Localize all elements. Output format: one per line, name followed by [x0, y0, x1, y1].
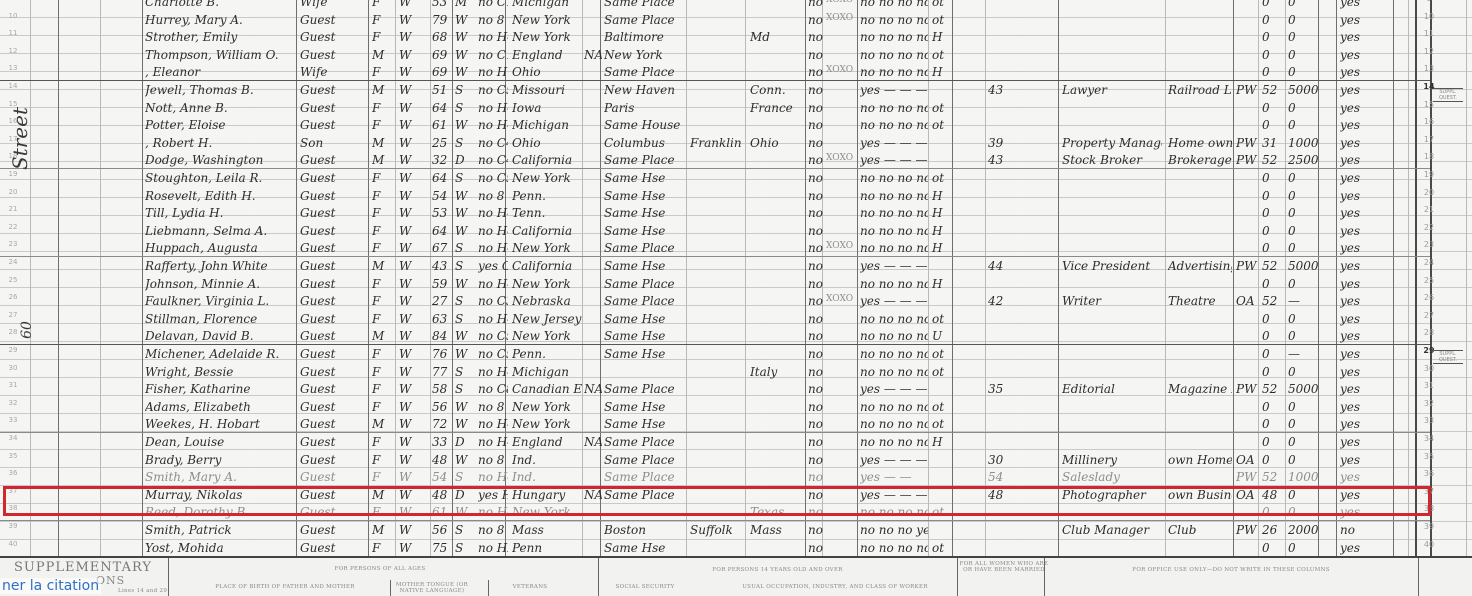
- cell-sex: F: [372, 189, 392, 203]
- census-row: Strother, EmilyGuestFW68Wno H4New YorkBa…: [0, 29, 1440, 47]
- cell-weeks: 0: [1262, 65, 1284, 79]
- census-row: Reed, Dorothy B.GuestFW61Wno H4New YorkT…: [0, 504, 1440, 522]
- cell-other-income: yes: [1340, 347, 1390, 361]
- cell-other-income: yes: [1340, 0, 1390, 9]
- cell-industry: Magazine Publishing: [1168, 382, 1232, 396]
- cell-marital: S: [455, 171, 475, 185]
- cell-class: H: [932, 65, 952, 79]
- census-row: Yost, MohidaGuestFW75Sno H2PennSame Hsen…: [0, 540, 1440, 558]
- cell-school-code: no H4: [478, 118, 508, 132]
- cell-birthplace: California: [512, 153, 582, 167]
- cell-school-code: no H2: [478, 541, 508, 555]
- cell-school-code: no C8: [478, 382, 508, 396]
- cell-other-income: yes: [1340, 417, 1390, 431]
- cell-school-code: no C4: [478, 153, 508, 167]
- cell-sex: F: [372, 347, 392, 361]
- cell-relation: Guest: [300, 523, 366, 537]
- cell-birthplace: Iowa: [512, 101, 582, 115]
- cell-income: 1000: [1288, 136, 1318, 150]
- cell-income: 0: [1288, 0, 1318, 9]
- cell-marital: S: [455, 382, 475, 396]
- cell-relation: Guest: [300, 171, 366, 185]
- column-rule: [1466, 0, 1467, 556]
- cell-other-income: yes: [1340, 505, 1390, 519]
- left-line-number: 29: [2, 346, 24, 354]
- cell-residence-city: Same Place: [604, 153, 684, 167]
- cell-age: 84: [432, 329, 454, 343]
- cell-relation: Guest: [300, 277, 366, 291]
- cell-name: Rosevelt, Edith H.: [145, 189, 295, 203]
- cell-weeks: 0: [1262, 206, 1284, 220]
- cell-age: 69: [432, 48, 454, 62]
- header-social-security: SOCIAL SECURITY: [610, 584, 680, 590]
- cell-weeks: 0: [1262, 453, 1284, 467]
- cell-income: 2000: [1288, 523, 1318, 537]
- cell-citizenship: NA: [584, 48, 602, 62]
- cell-name: Delavan, David B.: [145, 329, 295, 343]
- cell-marital: S: [455, 541, 475, 555]
- cell-name: Murray, Nikolas: [145, 488, 295, 502]
- cell-class: ot: [932, 505, 952, 519]
- cell-marital: W: [455, 505, 475, 519]
- cell-work-cols: no no no no: [860, 277, 928, 291]
- cell-class-worker: PW: [1236, 382, 1258, 396]
- cell-marital: W: [455, 329, 475, 343]
- cell-work-cols: no no no no: [860, 241, 928, 255]
- cell-school-code: no H4: [478, 206, 508, 220]
- cell-weeks: 26: [1262, 523, 1284, 537]
- cell-race: W: [399, 505, 427, 519]
- cell-class: ot: [932, 541, 952, 555]
- header-veterans: VETERANS: [500, 584, 560, 590]
- header-mother-tongue: MOTHER TONGUE (OR NATIVE LANGUAGE): [392, 582, 472, 594]
- cell-age: 53: [432, 206, 454, 220]
- cell-marital: S: [455, 136, 475, 150]
- cell-weeks: 0: [1262, 347, 1284, 361]
- line-number: 40: [1417, 540, 1441, 549]
- cell-relation: Guest: [300, 259, 366, 273]
- cell-income: 0: [1288, 189, 1318, 203]
- cell-birthplace: New York: [512, 171, 582, 185]
- cell-marital: W: [455, 400, 475, 414]
- cell-school-code: no 8: [478, 189, 508, 203]
- cell-worked: no: [808, 259, 824, 273]
- cell-age: 64: [432, 224, 454, 238]
- cell-sex: F: [372, 470, 392, 484]
- cell-marital: S: [455, 470, 475, 484]
- cell-work-cols: yes — — —: [860, 453, 928, 467]
- left-line-number: 20: [2, 188, 24, 196]
- left-line-number: 25: [2, 276, 24, 284]
- cell-school-code: no H4: [478, 435, 508, 449]
- cell-sex: F: [372, 312, 392, 326]
- left-line-number: 35: [2, 452, 24, 460]
- cell-class: ot: [932, 101, 952, 115]
- cell-sex: F: [372, 30, 392, 44]
- cell-weeks: 0: [1262, 417, 1284, 431]
- cell-income: 0: [1288, 65, 1318, 79]
- cell-name: Stoughton, Leila R.: [145, 171, 295, 185]
- cell-relation: Guest: [300, 206, 366, 220]
- cell-birthplace: Canadian Eng: [512, 382, 582, 396]
- cell-birthplace: New York: [512, 329, 582, 343]
- left-line-number: 17: [2, 135, 24, 143]
- cell-other-income: yes: [1340, 65, 1390, 79]
- cell-race: W: [399, 294, 427, 308]
- cell-name: Michener, Adelaide R.: [145, 347, 295, 361]
- cell-industry: Brokerage Ban: [1168, 153, 1232, 167]
- cell-worked: no: [808, 48, 824, 62]
- cell-sex: F: [372, 541, 392, 555]
- cell-race: W: [399, 153, 427, 167]
- cell-income: 0: [1288, 312, 1318, 326]
- cell-income: 0: [1288, 541, 1318, 555]
- cell-income: 0: [1288, 505, 1318, 519]
- cell-income: 1000: [1288, 470, 1318, 484]
- cell-race: W: [399, 382, 427, 396]
- cell-birthplace: New York: [512, 277, 582, 291]
- line-number: 37: [1417, 487, 1441, 496]
- header-place-of-birth: PLACE OF BIRTH OF FATHER AND MOTHER: [190, 584, 380, 590]
- cell-work-cols: yes — — —: [860, 259, 928, 273]
- cell-school-code: no 8: [478, 400, 508, 414]
- cell-birthplace: Ohio: [512, 65, 582, 79]
- cell-class: ot: [932, 365, 952, 379]
- cell-name: Dean, Louise: [145, 435, 295, 449]
- cell-school-code: no H4: [478, 277, 508, 291]
- cell-citizenship: NA: [584, 488, 602, 502]
- cell-race: W: [399, 101, 427, 115]
- cell-relation: Guest: [300, 118, 366, 132]
- cell-race: W: [399, 259, 427, 273]
- cell-residence-state: Italy: [750, 365, 805, 379]
- cell-age: 54: [432, 189, 454, 203]
- cell-industry: Club: [1168, 523, 1232, 537]
- cell-relation: Guest: [300, 30, 366, 44]
- cell-sex: F: [372, 277, 392, 291]
- cell-income: 0: [1288, 118, 1318, 132]
- header-persons-all-ages: FOR PERSONS OF ALL AGES: [180, 566, 580, 572]
- cell-occupation: Property Management: [1062, 136, 1162, 150]
- cell-work-cols: no no no no: [860, 0, 928, 9]
- census-row: Rosevelt, Edith H.GuestFW54Wno 8Penn.Sam…: [0, 188, 1440, 206]
- cell-weeks: 0: [1262, 0, 1284, 9]
- cell-weeks: 0: [1262, 13, 1284, 27]
- census-row: Fisher, KatharineGuestFW58Sno C8Canadian…: [0, 381, 1440, 399]
- cell-weeks: 0: [1262, 101, 1284, 115]
- cell-income: 0: [1288, 101, 1318, 115]
- left-line-number: 30: [2, 364, 24, 372]
- cell-work-cols: no no no no: [860, 541, 928, 555]
- cell-income: 0: [1288, 435, 1318, 449]
- cell-class: H: [932, 224, 952, 238]
- cell-weeks: 0: [1262, 224, 1284, 238]
- cell-sex: F: [372, 241, 392, 255]
- census-row: Jewell, Thomas B.GuestMW51Sno C5Missouri…: [0, 82, 1440, 100]
- cell-occupation: Editorial: [1062, 382, 1162, 396]
- cell-income: 0: [1288, 48, 1318, 62]
- cell-residence-city: Same Place: [604, 435, 684, 449]
- cell-relation: Guest: [300, 294, 366, 308]
- census-row: Potter, EloiseGuestFW61Wno H4MichiganSam…: [0, 117, 1440, 135]
- cell-birthplace: Hungary: [512, 488, 582, 502]
- cell-income: —: [1288, 347, 1318, 361]
- cell-other-income: yes: [1340, 453, 1390, 467]
- cell-birthplace: Ind.: [512, 470, 582, 484]
- cell-marital: W: [455, 453, 475, 467]
- cell-relation: Guest: [300, 400, 366, 414]
- form-footer-headers: SUPPLEMENTARY ONS Lines 14 and 29 FOR PE…: [0, 556, 1472, 596]
- cell-birthplace: New York: [512, 241, 582, 255]
- cell-sex: F: [372, 0, 392, 9]
- cell-relation: Guest: [300, 417, 366, 431]
- cell-class-worker: PW: [1236, 259, 1258, 273]
- census-row: Huppach, AugustaGuestFW67Sno H4New YorkS…: [0, 240, 1440, 258]
- cell-income: 5000+: [1288, 83, 1318, 97]
- cell-xcode: XOXO: [826, 65, 856, 75]
- cell-other-income: yes: [1340, 329, 1390, 343]
- cell-name: Brady, Berry: [145, 453, 295, 467]
- census-row: Wright, BessieGuestFW77Sno H4MichiganIta…: [0, 364, 1440, 382]
- cell-sex: M: [372, 83, 392, 97]
- cell-residence-county: Suffolk: [690, 523, 745, 537]
- cell-residence-city: Columbus: [604, 136, 684, 150]
- cell-weeks: 0: [1262, 541, 1284, 555]
- cell-sex: F: [372, 400, 392, 414]
- cell-class-worker: PW: [1236, 470, 1258, 484]
- census-row-selected: Murray, NikolasGuestMW48Dyes H4HungaryNA…: [0, 487, 1440, 505]
- census-row: Till, Lydia H.GuestFW53Wno H4Tenn.Same H…: [0, 205, 1440, 223]
- cell-race: W: [399, 435, 427, 449]
- cell-worked: no: [808, 382, 824, 396]
- cell-relation: Guest: [300, 541, 366, 555]
- cell-birthplace: Michigan: [512, 118, 582, 132]
- cell-sex: F: [372, 294, 392, 308]
- cell-race: W: [399, 0, 427, 9]
- citation-link[interactable]: ner la citation: [0, 578, 101, 594]
- cell-worked: no: [808, 453, 824, 467]
- cell-birthplace: England: [512, 435, 582, 449]
- cell-relation: Guest: [300, 48, 366, 62]
- cell-name: Dodge, Washington: [145, 153, 295, 167]
- cell-citizenship: NA: [584, 435, 602, 449]
- cell-sex: M: [372, 329, 392, 343]
- left-line-number: 9: [2, 0, 24, 2]
- cell-name: , Eleanor: [145, 65, 295, 79]
- cell-worked: no: [808, 189, 824, 203]
- census-row: Dodge, WashingtonGuestMW32Dno C4Californ…: [0, 152, 1440, 170]
- left-line-number: 27: [2, 311, 24, 319]
- cell-sex: F: [372, 101, 392, 115]
- left-line-number: 32: [2, 399, 24, 407]
- cell-residence-city: Same Place: [604, 13, 684, 27]
- cell-industry: Home owners Loan Corp: [1168, 136, 1232, 150]
- cell-age: 61: [432, 505, 454, 519]
- cell-residence-city: Paris: [604, 101, 684, 115]
- cell-residence-county: Franklin: [690, 136, 745, 150]
- cell-race: W: [399, 224, 427, 238]
- cell-age: 51: [432, 83, 454, 97]
- cell-race: W: [399, 189, 427, 203]
- cell-residence-city: Same Place: [604, 488, 684, 502]
- cell-weeks: 52: [1262, 470, 1284, 484]
- cell-other-income: no: [1340, 523, 1390, 537]
- cell-marital: S: [455, 83, 475, 97]
- census-row: Delavan, David B.GuestMW84Wno C5New York…: [0, 328, 1440, 346]
- cell-weeks: 0: [1262, 30, 1284, 44]
- cell-birthplace: New York: [512, 30, 582, 44]
- cell-residence-city: Same Hse: [604, 171, 684, 185]
- cell-school-code: no H4: [478, 101, 508, 115]
- cell-worked: no: [808, 365, 824, 379]
- cell-xcode: XOXO: [826, 241, 856, 251]
- cell-birthplace: Penn.: [512, 189, 582, 203]
- cell-worked: no: [808, 435, 824, 449]
- cell-name: Jewell, Thomas B.: [145, 83, 295, 97]
- line-number: 13: [1417, 64, 1441, 73]
- cell-name: Weekes, H. Hobart: [145, 417, 295, 431]
- cell-worked: no: [808, 470, 824, 484]
- cell-name: Fisher, Katharine: [145, 382, 295, 396]
- cell-race: W: [399, 206, 427, 220]
- left-line-number: 33: [2, 416, 24, 424]
- cell-race: W: [399, 329, 427, 343]
- cell-other-income: yes: [1340, 153, 1390, 167]
- cell-name: Nott, Anne B.: [145, 101, 295, 115]
- line-number: 30: [1417, 364, 1441, 373]
- cell-name: Huppach, Augusta: [145, 241, 295, 255]
- cell-school-code: no C5: [478, 329, 508, 343]
- cell-marital: W: [455, 65, 475, 79]
- cell-income: 0: [1288, 488, 1318, 502]
- census-row: Brady, BerryGuestFW48Wno 8Ind.Same Place…: [0, 452, 1440, 470]
- cell-work-cols: no no no no: [860, 189, 928, 203]
- census-row: Faulkner, Virginia L.GuestFW27Sno C3Nebr…: [0, 293, 1440, 311]
- cell-other-income: yes: [1340, 83, 1390, 97]
- cell-name: Potter, Eloise: [145, 118, 295, 132]
- line-number: 17: [1417, 135, 1441, 144]
- cell-name: Charlotte B.: [145, 0, 295, 9]
- cell-age: 75: [432, 541, 454, 555]
- cell-relation: Guest: [300, 329, 366, 343]
- cell-worked: no: [808, 294, 824, 308]
- cell-residence-city: Same Hse: [604, 206, 684, 220]
- cell-other-income: yes: [1340, 294, 1390, 308]
- cell-weeks: 0: [1262, 505, 1284, 519]
- cell-class: ot: [932, 13, 952, 27]
- left-line-number: 38: [2, 504, 24, 512]
- cell-residence-city: Same Place: [604, 453, 684, 467]
- left-line-number: 15: [2, 100, 24, 108]
- cell-income: 0: [1288, 400, 1318, 414]
- left-line-number: 28: [2, 328, 24, 336]
- cell-birthplace: California: [512, 259, 582, 273]
- cell-occupation: Club Manager: [1062, 523, 1162, 537]
- cell-residence-city: Same Hse: [604, 329, 684, 343]
- cell-other-income: yes: [1340, 136, 1390, 150]
- line-number: 36: [1417, 469, 1441, 478]
- cell-income: 0: [1288, 365, 1318, 379]
- cell-name: Johnson, Minnie A.: [145, 277, 295, 291]
- cell-race: W: [399, 488, 427, 502]
- cell-industry: Theatre: [1168, 294, 1232, 308]
- cell-birthplace: California: [512, 224, 582, 238]
- cell-race: W: [399, 453, 427, 467]
- cell-school-code: no H4: [478, 30, 508, 44]
- line-number: 31: [1417, 381, 1441, 390]
- cell-residence-state: Conn.: [750, 83, 805, 97]
- cell-race: W: [399, 417, 427, 431]
- cell-relation: Guest: [300, 470, 366, 484]
- header-usual-occupation: USUAL OCCUPATION, INDUSTRY, AND CLASS OF…: [720, 584, 950, 590]
- left-line-number: 14: [2, 82, 24, 90]
- cell-relation: Guest: [300, 312, 366, 326]
- cell-school-code: no C5: [478, 171, 508, 185]
- cell-residence-city: Same Place: [604, 65, 684, 79]
- left-line-number: 22: [2, 223, 24, 231]
- cell-race: W: [399, 13, 427, 27]
- line-number: 10: [1417, 12, 1441, 21]
- cell-marital: W: [455, 30, 475, 44]
- cell-work-cols: no no no no: [860, 347, 928, 361]
- census-row: , EleanorWifeFW69Wno H1OhioSame PlacenoX…: [0, 64, 1440, 82]
- left-line-number: 18: [2, 152, 24, 160]
- census-row: Thompson, William O.GuestMW69Wno C1Engla…: [0, 47, 1440, 65]
- cell-other-income: yes: [1340, 171, 1390, 185]
- cell-income: 0: [1288, 453, 1318, 467]
- cell-class: H: [932, 206, 952, 220]
- cell-residence-city: Same Place: [604, 382, 684, 396]
- cell-residence-state: France: [750, 101, 805, 115]
- cell-birthplace: Michigan: [512, 0, 582, 9]
- census-row: Charlotte B.WifeFW53Mno C1MichiganSame P…: [0, 0, 1440, 12]
- cell-name: Wright, Bessie: [145, 365, 295, 379]
- cell-work-cols: no no no no: [860, 365, 928, 379]
- cell-other-income: yes: [1340, 206, 1390, 220]
- cell-sex: M: [372, 153, 392, 167]
- census-row: Smith, Mary A.GuestFW54Sno H4Ind.Same Pl…: [0, 469, 1440, 487]
- cell-residence-city: New York: [604, 48, 684, 62]
- header-persons-14-over: FOR PERSONS 14 YEARS OLD AND OVER: [600, 567, 955, 573]
- cell-weeks: 0: [1262, 189, 1284, 203]
- line-number: 11: [1417, 29, 1441, 38]
- cell-weeks: 52: [1262, 83, 1284, 97]
- cell-weeks: 0: [1262, 329, 1284, 343]
- left-line-number: 11: [2, 29, 24, 37]
- cell-class: H: [932, 30, 952, 44]
- cell-work-cols: yes — — —: [860, 136, 928, 150]
- cell-class: ot: [932, 118, 952, 132]
- cell-age: 68: [432, 30, 454, 44]
- cell-other-income: yes: [1340, 488, 1390, 502]
- cell-age: 53: [432, 0, 454, 9]
- cell-name: Strother, Emily: [145, 30, 295, 44]
- cell-age: 27: [432, 294, 454, 308]
- cell-school-code: no C4: [478, 136, 508, 150]
- cell-work-cols: no no no no: [860, 224, 928, 238]
- cell-work-cols: yes — —: [860, 470, 928, 484]
- cell-income: 5000+: [1288, 259, 1318, 273]
- cell-hours: 44: [988, 259, 1018, 273]
- line-number: 23: [1417, 240, 1441, 249]
- cell-age: 72: [432, 417, 454, 431]
- cell-other-income: yes: [1340, 259, 1390, 273]
- cell-income: 0: [1288, 417, 1318, 431]
- cell-birthplace: Michigan: [512, 365, 582, 379]
- census-page-image: Street 60 Charlotte B.WifeFW53Mno C1Mich…: [0, 0, 1472, 596]
- cell-work-cols: no no no yes: [860, 523, 928, 537]
- line-number: 33: [1417, 416, 1441, 425]
